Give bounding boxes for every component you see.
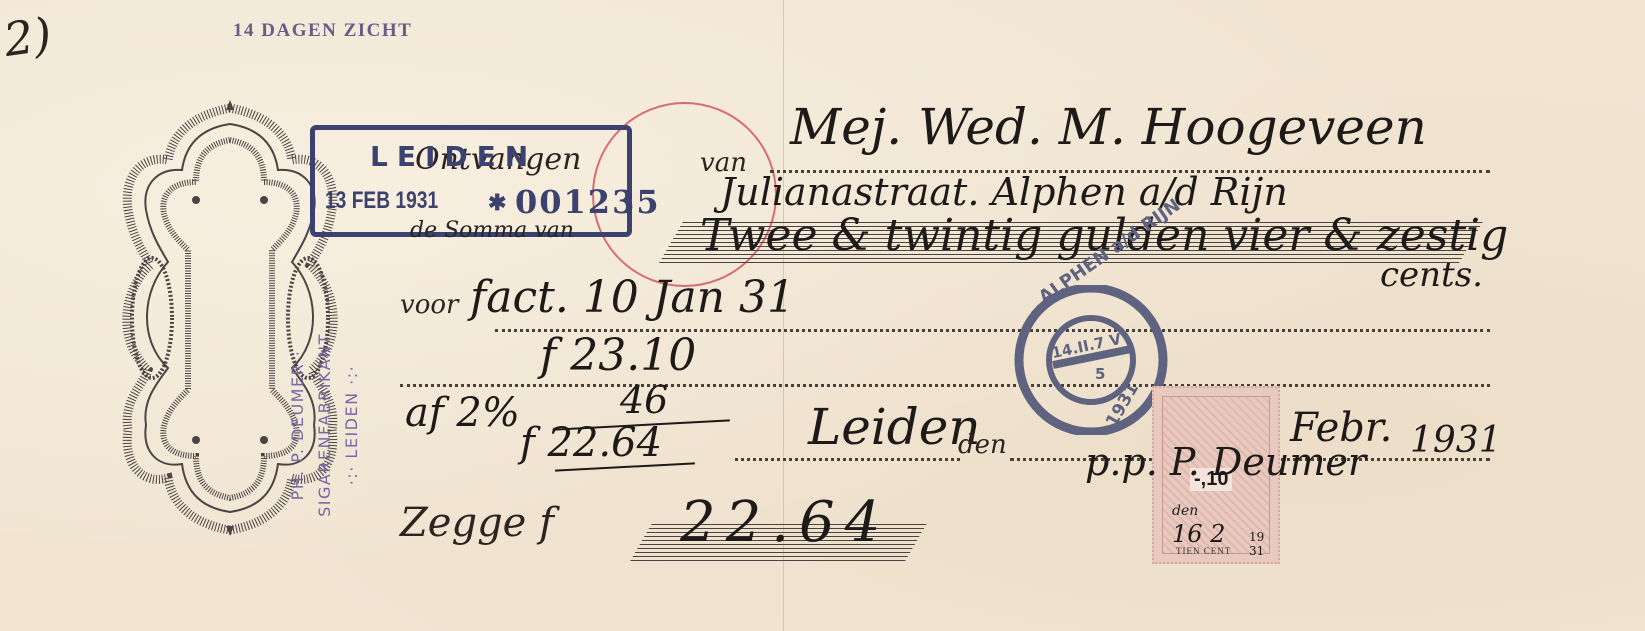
total-amount: 22.64 (680, 490, 890, 555)
firm-city: ·:· LEIDEN ·:· (338, 310, 365, 540)
sight-stamp: 14 DAGEN ZICHT (233, 20, 412, 42)
stamp-star-icon: ✱ (488, 190, 506, 216)
firm-trade: SIGARENFABRIKANT (311, 310, 338, 540)
label-total: Zegge f (400, 500, 554, 546)
stamp-city: LEIDEN (370, 140, 537, 173)
place: Leiden (808, 398, 981, 456)
stamp-date: 13 FEB 1931 (325, 187, 438, 215)
label-for: voor (400, 290, 458, 320)
revenue-stamp-year: 19 31 (1249, 530, 1278, 558)
calc-net: f 22.64 (520, 420, 662, 466)
for-text: fact. 10 Jan 31 (470, 272, 795, 323)
label-sum: de Somma van (410, 218, 574, 243)
postmark-code: 5 (1095, 365, 1105, 383)
letterhead: PH. P. DEUMER · SIGARENFABRIKANT ·:· LEI… (284, 310, 365, 540)
revenue-stamp-date: 16 2 (1172, 520, 1225, 548)
revenue-stamp-den: den (1172, 503, 1198, 519)
calc-amount: f 23.10 (540, 330, 696, 381)
calc-discount-label: af 2% (405, 390, 520, 436)
payer-address: Julianastraat. Alphen a/d Rijn (720, 170, 1288, 214)
for-line-2 (400, 384, 1490, 387)
firm-name: PH. P. DEUMER · (284, 310, 311, 540)
place-line (735, 458, 960, 461)
date-year: 1931 (1410, 420, 1502, 461)
revenue-stamp-caption: TIEN CENT (1176, 546, 1231, 556)
stamp-number: 001235 (515, 183, 661, 221)
label-date: den (958, 430, 1007, 460)
payer-name: Mej. Wed. M. Hoogeveen (790, 98, 1427, 156)
signature: p.p. P. Deumer (1085, 440, 1366, 484)
corner-number: 2) (0, 7, 54, 67)
sum-suffix: cents. (1380, 255, 1483, 295)
calc-discount: 46 (620, 378, 668, 422)
